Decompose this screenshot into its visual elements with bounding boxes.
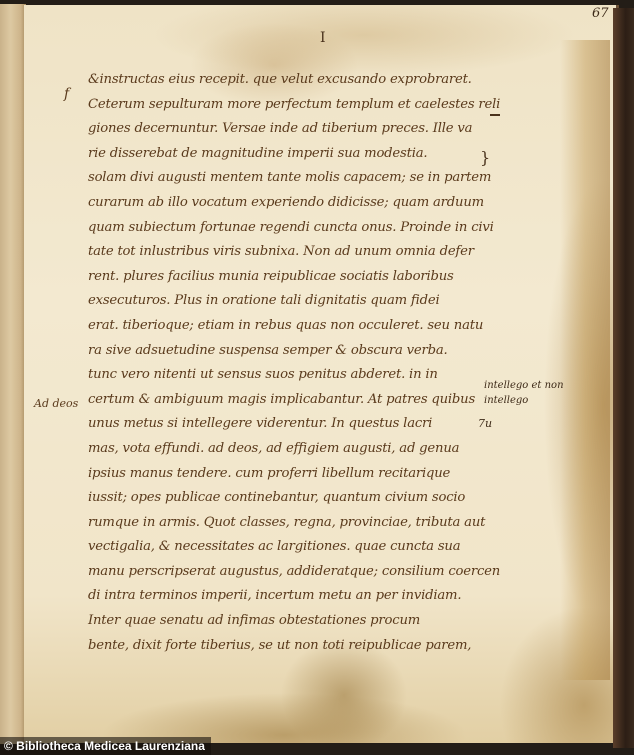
margin-note-left-top: f <box>64 86 69 102</box>
text-line: quam subiectum fortunae regendi cuncta o… <box>88 216 488 241</box>
facing-page-edge <box>0 4 26 744</box>
text-line: iussit; opes publicae continebantur, qua… <box>88 486 488 511</box>
text-line: giones decernuntur. Versae inde ad tiber… <box>88 117 488 142</box>
binding-edge <box>613 8 634 748</box>
text-line: manu perscripserat augustus, addideratqu… <box>88 560 488 585</box>
text-line: erat. tiberioque; etiam in rebus quas no… <box>88 314 488 339</box>
text-line: ra sive adsuetudine suspensa semper & ob… <box>88 339 488 364</box>
text-line: bente, dixit forte tiberius, se ut non t… <box>88 634 488 659</box>
folio-number: 67 <box>592 6 609 21</box>
text-line: rie disserebat de magnitudine imperii su… <box>88 142 488 167</box>
margin-note-right-2: intellego <box>484 395 528 406</box>
water-stain <box>560 40 610 680</box>
text-line: tunc vero nitenti ut sensus suos penitus… <box>88 363 488 388</box>
manuscript-text-block: &instructas eius recepit. que velut excu… <box>88 68 488 658</box>
text-line: curarum ab illo vocatum experiendo didic… <box>88 191 488 216</box>
text-line: vectigalia, & necessitates ac largitione… <box>88 535 488 560</box>
copyright-credit: © Bibliotheca Medicea Laurenziana <box>0 737 211 755</box>
text-line: exsecuturos. Plus in oratione tali digni… <box>88 289 488 314</box>
text-line: unus metus si intellegere viderentur. In… <box>88 412 488 437</box>
text-line: ipsius manus tendere. cum proferri libel… <box>88 462 488 487</box>
text-line: mas, vota effundi. ad deos, ad effigiem … <box>88 437 488 462</box>
text-line: rumque in armis. Quot classes, regna, pr… <box>88 511 488 536</box>
margin-note-right-1: intellego et non <box>484 380 564 391</box>
margin-dash <box>490 114 500 116</box>
text-line: tate tot inlustribus viris subnixa. Non … <box>88 240 488 265</box>
text-line: di intra terminos imperii, incertum metu… <box>88 584 488 609</box>
text-line: &instructas eius recepit. que velut excu… <box>88 68 488 93</box>
margin-note-left-middle: Ad deos <box>34 397 78 410</box>
text-line: solam divi augusti mentem tante molis ca… <box>88 166 488 191</box>
text-line: Inter quae senatu ad infimas obtestation… <box>88 609 488 634</box>
text-line: certum & ambiguum magis implicabantur. A… <box>88 388 488 413</box>
text-line: rent. plures facilius munia reipublicae … <box>88 265 488 290</box>
text-line: Ceterum sepulturam more perfectum templu… <box>88 93 488 118</box>
quire-mark: I <box>320 30 326 46</box>
